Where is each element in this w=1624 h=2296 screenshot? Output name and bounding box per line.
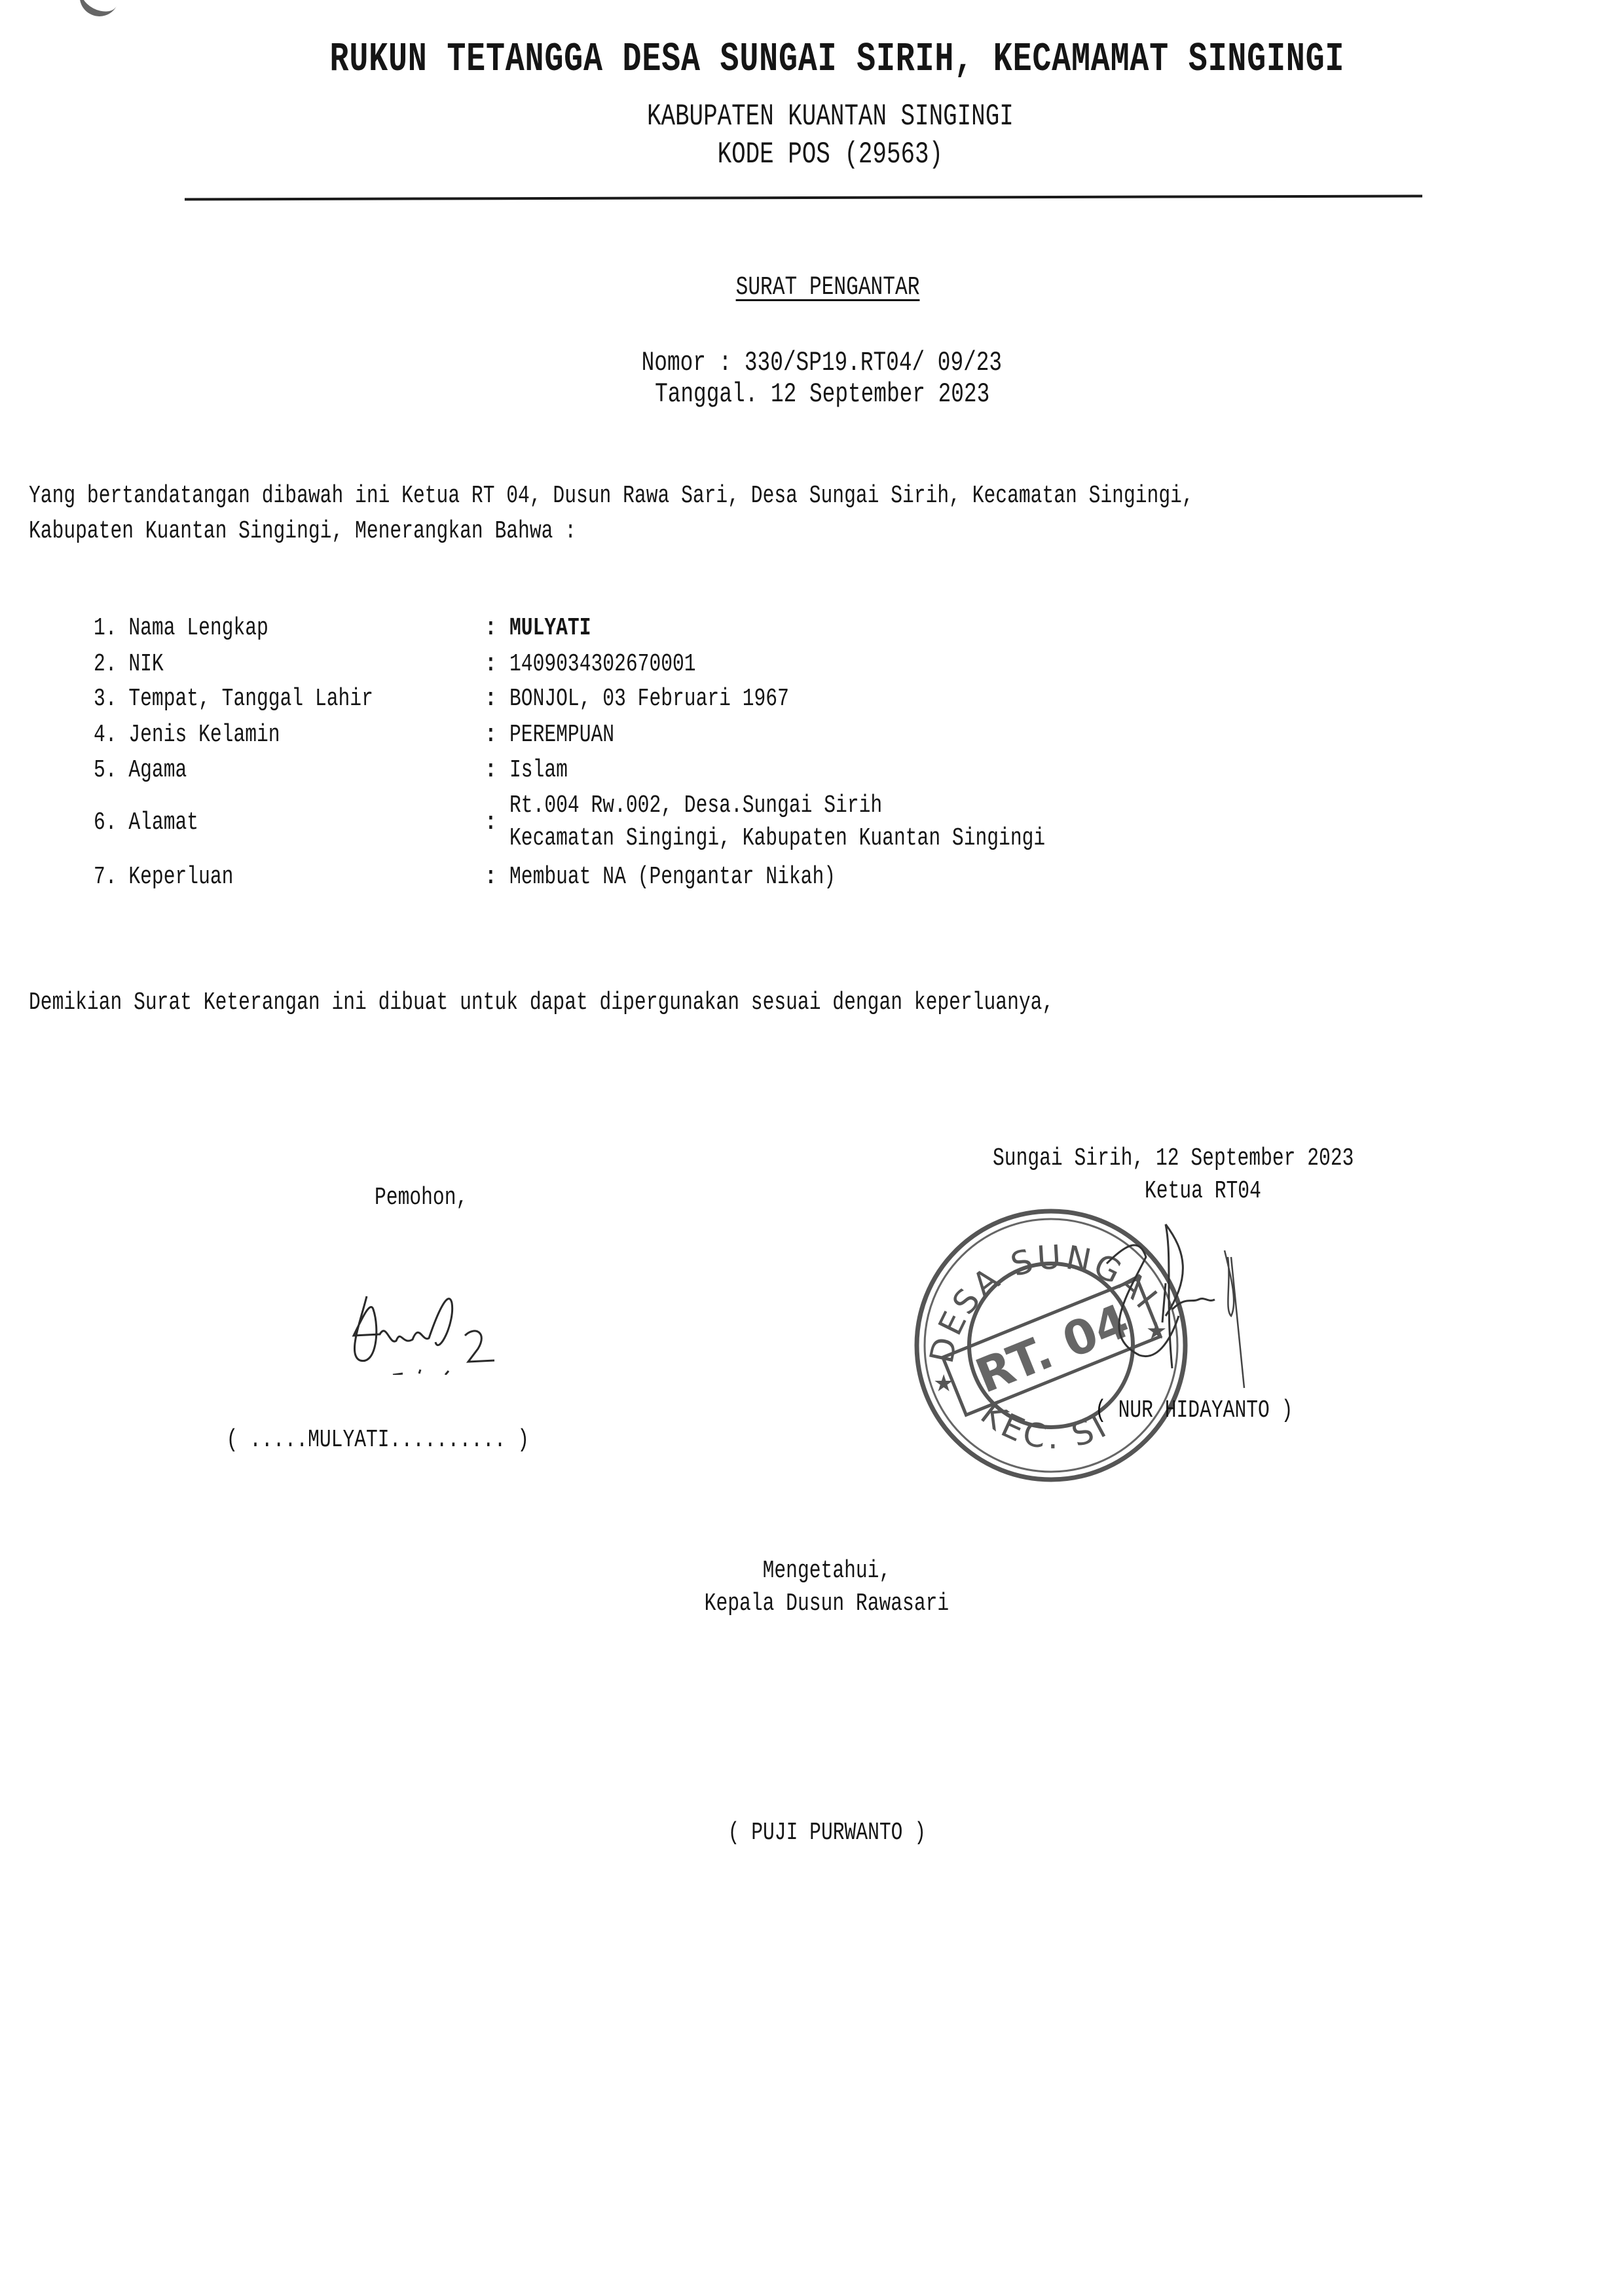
- identity-field-row: 7. Keperluan:Membuat NA (Pengantar Nikah…: [0, 863, 1624, 900]
- identity-field-row: 2. NIK:1409034302670001: [0, 650, 1624, 687]
- identity-field-row: 1. Nama Lengkap:MULYATI: [0, 614, 1624, 651]
- field-colon: :: [483, 756, 498, 784]
- field-label: 5. Agama: [94, 756, 187, 784]
- field-label: 3. Tempat, Tanggal Lahir: [94, 685, 373, 713]
- svg-text:★: ★: [933, 1370, 954, 1397]
- field-value: Rt.004 Rw.002, Desa.Sungai Sirih: [509, 792, 882, 820]
- field-value: PEREMPUAN: [509, 721, 614, 749]
- field-value: BONJOL, 03 Februari 1967: [509, 685, 789, 713]
- field-label: 4. Jenis Kelamin: [94, 721, 280, 749]
- closing-statement: Demikian Surat Keterangan ini dibuat unt…: [29, 989, 1054, 1017]
- identity-field-row: 3. Tempat, Tanggal Lahir:BONJOL, 03 Febr…: [0, 685, 1624, 721]
- field-label: 2. NIK: [94, 650, 164, 678]
- identity-field-row: 4. Jenis Kelamin:PEREMPUAN: [0, 721, 1624, 757]
- intro-line-1: Yang bertandatangan dibawah ini Ketua RT…: [29, 482, 1194, 510]
- field-colon: :: [483, 721, 498, 749]
- identity-field-row: 6. Alamat:Rt.004 Rw.002, Desa.Sungai Sir…: [0, 792, 1624, 828]
- pemohon-name-text: ( .....MULYATI.......... ): [227, 1426, 529, 1454]
- kepala-dusun-name: ( PUJI PURWANTO ): [0, 1791, 1624, 1847]
- letterhead-postcode: KODE POS (29563): [717, 137, 943, 172]
- field-value: Islam: [509, 756, 568, 784]
- pemohon-signature: [341, 1283, 537, 1375]
- kepala-dusun-title-text: Kepala Dusun Rawasari: [705, 1590, 950, 1618]
- field-colon: :: [483, 685, 498, 713]
- field-colon: :: [483, 614, 498, 642]
- letter-date-text: Tanggal. 12 September 2023: [655, 378, 989, 410]
- pemohon-name-line: ( .....MULYATI.......... ): [203, 1398, 529, 1454]
- field-value: MULYATI: [509, 614, 591, 642]
- field-label: 7. Keperluan: [94, 863, 233, 891]
- field-colon: :: [483, 863, 498, 891]
- ketua-rt-name: ( NUR HIDAYANTO ): [1095, 1396, 1293, 1425]
- field-colon: :: [483, 650, 498, 678]
- field-label: 1. Nama Lengkap: [94, 614, 268, 642]
- signing-place-date: Sungai Sirih, 12 September 2023: [993, 1144, 1354, 1173]
- ketua-rt-signature: [1100, 1218, 1297, 1414]
- kepala-dusun-title: Kepala Dusun Rawasari: [0, 1561, 1624, 1618]
- letterhead-line-3: KODE POS (29563): [0, 103, 1624, 172]
- letterhead-divider: [185, 195, 1422, 201]
- intro-line-2: Kabupaten Kuantan Singingi, Menerangkan …: [29, 517, 576, 545]
- field-value: 1409034302670001: [509, 650, 696, 678]
- pemohon-title: Pemohon,: [375, 1184, 468, 1212]
- letter-title-text: SURAT PENGANTAR: [736, 273, 920, 302]
- field-value-line-2: Kecamatan Singingi, Kabupaten Kuantan Si…: [509, 824, 1045, 852]
- letter-date: Tanggal. 12 September 2023: [0, 347, 1611, 410]
- field-colon: :: [483, 809, 498, 837]
- letter-title: SURAT PENGANTAR: [0, 244, 1624, 302]
- field-value: Membuat NA (Pengantar Nikah): [509, 863, 836, 891]
- field-label: 6. Alamat: [94, 809, 198, 837]
- kepala-dusun-name-text: ( PUJI PURWANTO ): [728, 1819, 926, 1847]
- identity-field-row: 5. Agama:Islam: [0, 756, 1624, 793]
